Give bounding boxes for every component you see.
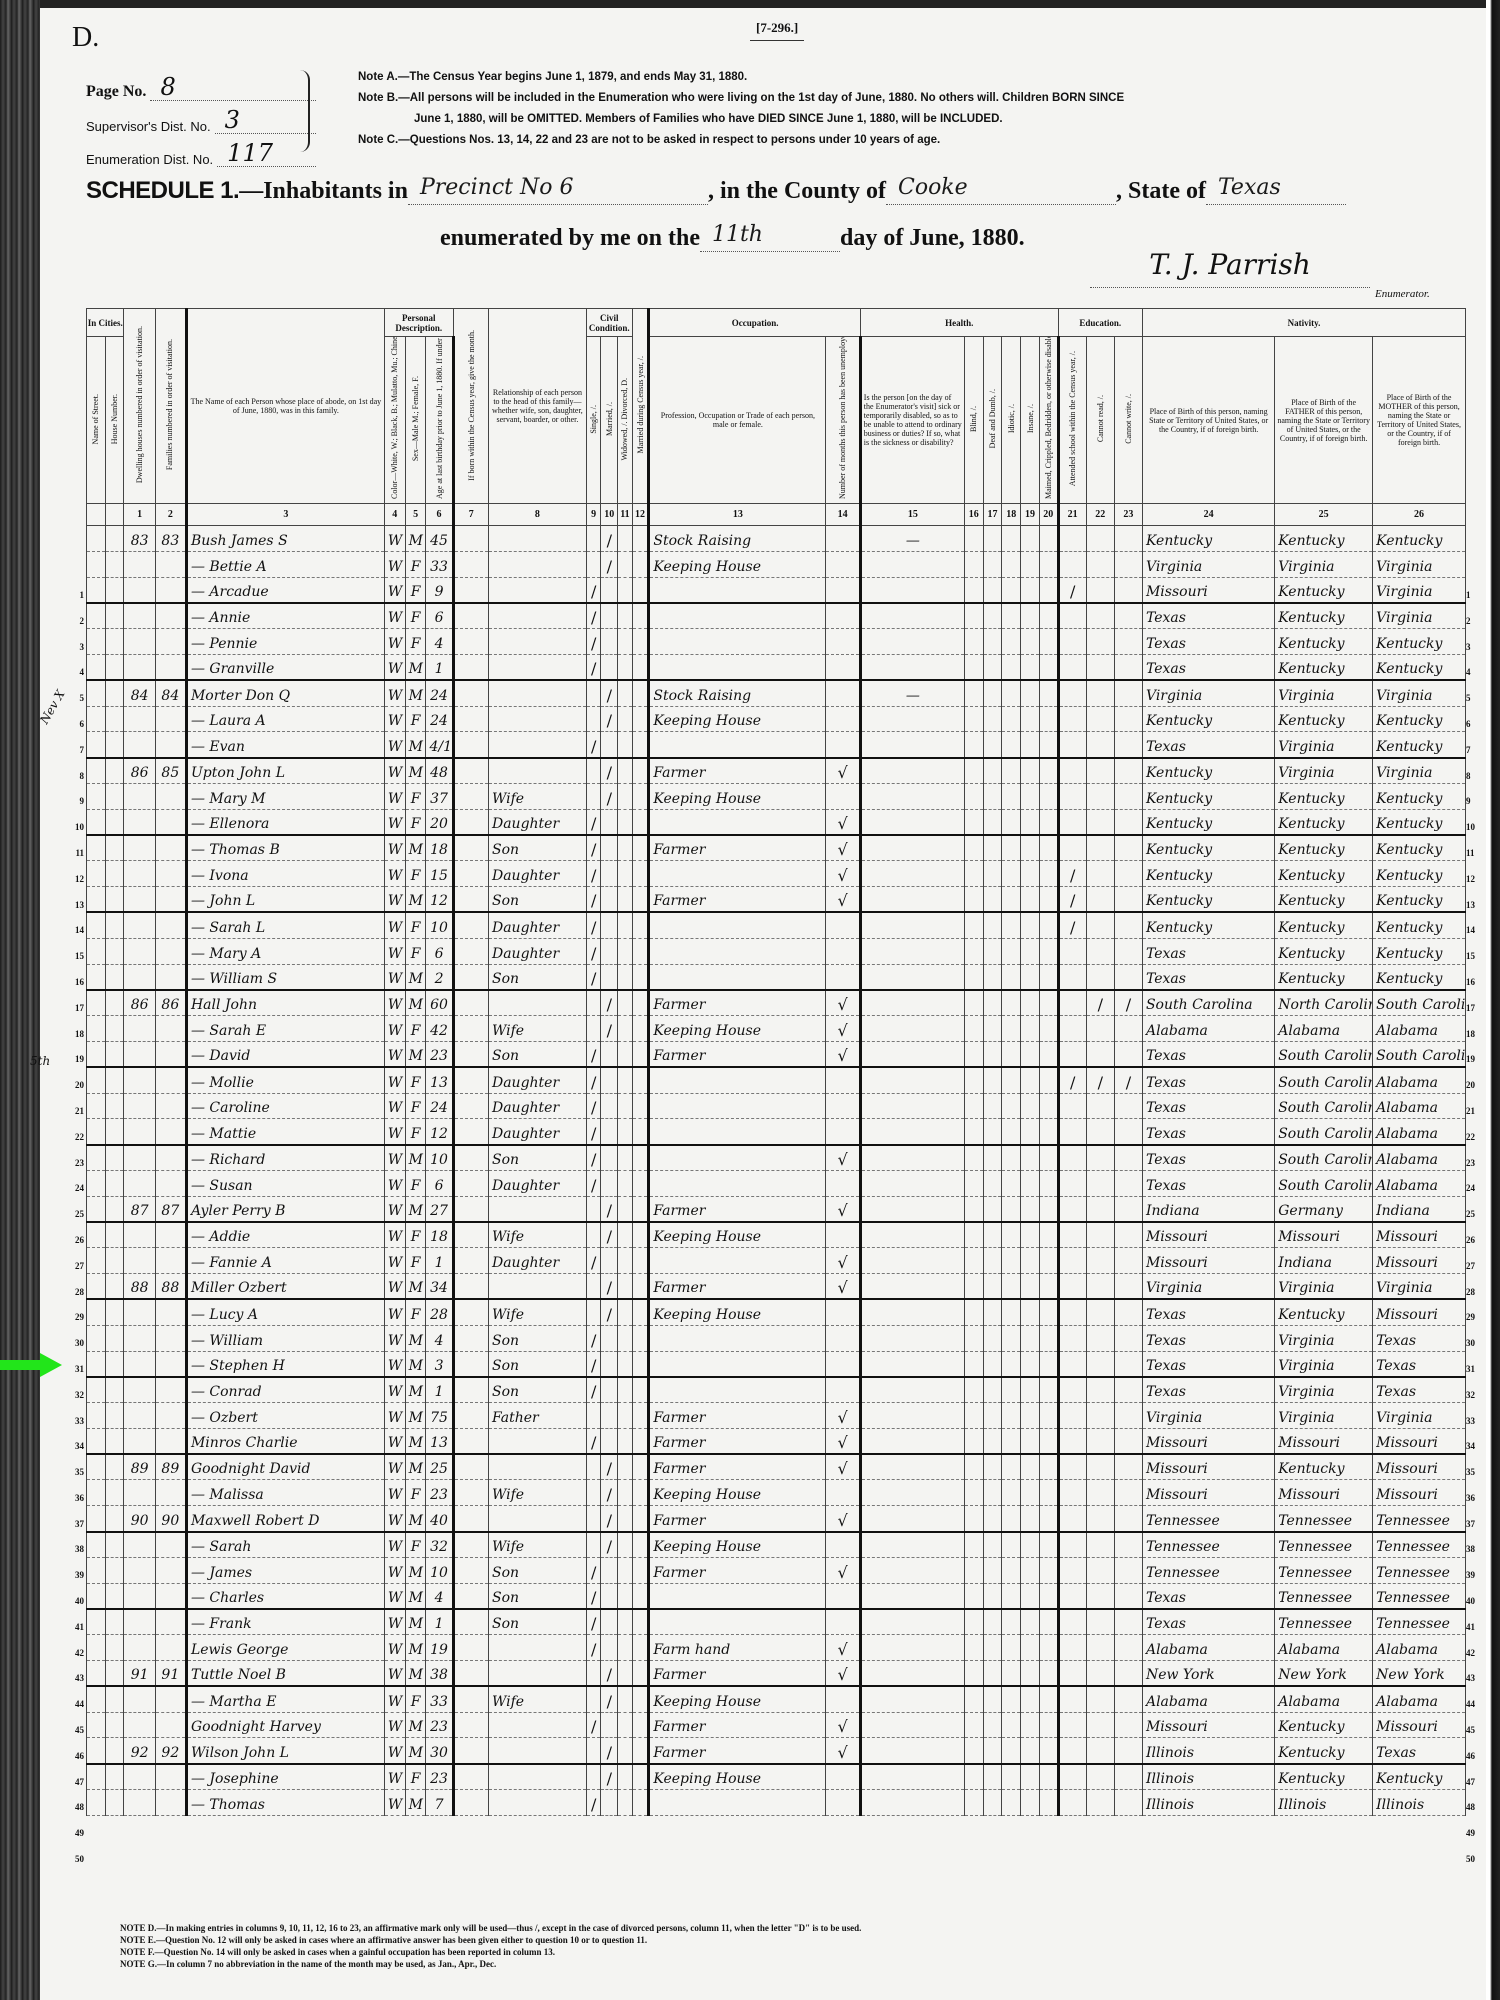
line-number: 4 xyxy=(58,660,84,686)
table-row: 8383Bush James SWM45/Stock Raising—Kentu… xyxy=(87,526,1466,552)
cell-age: 10 xyxy=(426,912,453,938)
cell-color: W xyxy=(384,1196,405,1222)
cell-dwelling xyxy=(124,809,155,835)
cell-relation: Son xyxy=(488,1377,586,1403)
cell-empty xyxy=(1002,1377,1021,1403)
cell-empty xyxy=(1002,964,1021,990)
cell-birthplace: Texas xyxy=(1142,1583,1274,1609)
cell-empty xyxy=(105,861,124,887)
cell-sickness xyxy=(860,1041,964,1067)
cell-occupation xyxy=(649,938,826,964)
cell-father-birthplace: New York xyxy=(1275,1661,1373,1687)
cell-empty xyxy=(964,1016,983,1042)
cell-family xyxy=(155,1041,186,1067)
cell-family xyxy=(155,964,186,990)
cell-birthplace: Illinois xyxy=(1142,1790,1274,1816)
scan-edge-right xyxy=(1486,0,1500,2000)
cell-empty xyxy=(453,1635,488,1661)
cell-sickness xyxy=(860,964,964,990)
cell-mother-birthplace: Tennessee xyxy=(1373,1557,1466,1583)
note-c: Note C.—Questions Nos. 13, 14, 22 and 23… xyxy=(358,130,1408,151)
cell-empty xyxy=(1002,1093,1021,1119)
cell-cannot-write xyxy=(1114,1506,1142,1532)
line-number: 49 xyxy=(58,1821,84,1847)
cell-family xyxy=(155,1557,186,1583)
cell-sex: F xyxy=(405,1067,426,1093)
cell-mother-birthplace: Tennessee xyxy=(1373,1532,1466,1558)
line-numbers-right: 1234567891011121314151617181920212223242… xyxy=(1466,583,1486,1873)
cell-name: — Arcadue xyxy=(186,577,384,603)
cell-age: 18 xyxy=(426,835,453,861)
cell-age: 24 xyxy=(426,680,453,706)
cell-single: / xyxy=(586,1428,601,1454)
cell-unemployed: √ xyxy=(826,1454,860,1480)
cell-father-birthplace: South Carolina xyxy=(1275,1067,1373,1093)
cell-sex: M xyxy=(405,1403,426,1429)
cell-empty xyxy=(964,1686,983,1712)
cell-married xyxy=(601,1428,618,1454)
cell-age: 4 xyxy=(426,1325,453,1351)
cell-color: W xyxy=(384,603,405,629)
cell-empty xyxy=(87,1170,106,1196)
line-number: 10 xyxy=(58,815,84,841)
cell-empty xyxy=(1021,1196,1040,1222)
cell-school xyxy=(1058,809,1086,835)
cell-empty xyxy=(1021,758,1040,784)
cell-empty xyxy=(983,1093,1002,1119)
line-number: 3 xyxy=(58,635,84,661)
cell-empty xyxy=(87,1661,106,1687)
census-table-container: In Cities. Dwelling houses numbered in o… xyxy=(86,308,1466,1816)
cell-name: — Mattie xyxy=(186,1119,384,1145)
cell-empty xyxy=(105,1738,124,1764)
cell-occupation: Farmer xyxy=(649,1041,826,1067)
cell-empty xyxy=(632,1119,649,1145)
cell-single xyxy=(586,1764,601,1790)
cell-empty xyxy=(105,1196,124,1222)
cell-sickness xyxy=(860,1764,964,1790)
cell-cannot-read xyxy=(1086,1428,1114,1454)
line-number: 28 xyxy=(1466,1280,1486,1306)
cell-empty xyxy=(983,964,1002,990)
col-13-header: Profession, Occupation or Trade of each … xyxy=(649,337,826,504)
cell-empty xyxy=(632,887,649,913)
cell-relation: Wife xyxy=(488,1222,586,1248)
cell-empty xyxy=(618,603,633,629)
cell-color: W xyxy=(384,551,405,577)
cell-mother-birthplace: Tennessee xyxy=(1373,1609,1466,1635)
cell-empty xyxy=(632,1635,649,1661)
cell-color: W xyxy=(384,1609,405,1635)
cell-age: 9 xyxy=(426,577,453,603)
cell-empty xyxy=(1002,526,1021,552)
cell-mother-birthplace: Texas xyxy=(1373,1377,1466,1403)
cell-father-birthplace: Kentucky xyxy=(1275,1764,1373,1790)
cell-cannot-write xyxy=(1114,1325,1142,1351)
table-row: — PennieWF4/TexasKentuckyKentucky xyxy=(87,629,1466,655)
cell-unemployed: √ xyxy=(826,1041,860,1067)
cell-unemployed xyxy=(826,603,860,629)
cell-dwelling: 91 xyxy=(124,1661,155,1687)
cell-empty xyxy=(632,1016,649,1042)
colnum-3: 3 xyxy=(186,504,384,526)
cell-age: 7 xyxy=(426,1790,453,1816)
cell-cannot-read: / xyxy=(1086,1067,1114,1093)
table-row: Goodnight HarveyWM23/Farmer√MissouriKent… xyxy=(87,1712,1466,1738)
cell-unemployed xyxy=(826,577,860,603)
cell-empty xyxy=(105,758,124,784)
cell-occupation xyxy=(649,1170,826,1196)
cell-single: / xyxy=(586,1377,601,1403)
cell-sex: F xyxy=(405,1532,426,1558)
line-number: 32 xyxy=(1466,1383,1486,1409)
cell-family xyxy=(155,1248,186,1274)
cell-empty xyxy=(87,1403,106,1429)
cell-empty xyxy=(1039,1299,1058,1325)
cell-empty xyxy=(1021,1119,1040,1145)
cell-sickness xyxy=(860,1532,964,1558)
cell-relation: Wife xyxy=(488,1686,586,1712)
table-row: — CharlesWM4Son/TexasTennesseeTennessee xyxy=(87,1583,1466,1609)
cell-occupation: Stock Raising xyxy=(649,526,826,552)
cell-occupation: Keeping House xyxy=(649,1686,826,1712)
cell-empty xyxy=(453,1686,488,1712)
cell-empty xyxy=(983,1506,1002,1532)
col-14-header: Number of months this person has been un… xyxy=(826,337,860,504)
cell-relation: Son xyxy=(488,1041,586,1067)
cell-empty xyxy=(1021,603,1040,629)
cell-occupation: Farmer xyxy=(649,1274,826,1300)
cell-empty xyxy=(453,1248,488,1274)
cell-empty xyxy=(983,654,1002,680)
cell-empty xyxy=(964,1764,983,1790)
cell-empty xyxy=(632,1274,649,1300)
cell-sickness xyxy=(860,1299,964,1325)
cell-color: W xyxy=(384,835,405,861)
line-number: 15 xyxy=(1466,944,1486,970)
cell-school xyxy=(1058,1196,1086,1222)
cell-birthplace: Missouri xyxy=(1142,577,1274,603)
cell-empty xyxy=(105,1041,124,1067)
green-arrow-icon xyxy=(0,1353,62,1377)
line-number: 6 xyxy=(1466,712,1486,738)
cell-sickness xyxy=(860,1067,964,1093)
line-number: 2 xyxy=(58,609,84,635)
cell-age: 19 xyxy=(426,1635,453,1661)
line-number: 33 xyxy=(58,1409,84,1435)
cell-married xyxy=(601,1377,618,1403)
cell-empty xyxy=(453,706,488,732)
schedule-title: SCHEDULE 1. xyxy=(86,177,239,205)
cell-sex: F xyxy=(405,938,426,964)
cell-empty xyxy=(1002,1686,1021,1712)
book-binding xyxy=(0,0,40,2000)
cell-sex: F xyxy=(405,629,426,655)
cell-cannot-read xyxy=(1086,783,1114,809)
cell-empty xyxy=(1021,835,1040,861)
cell-cannot-read xyxy=(1086,758,1114,784)
cell-empty xyxy=(87,577,106,603)
cell-family xyxy=(155,1093,186,1119)
cell-empty xyxy=(964,1661,983,1687)
brace-divider xyxy=(300,70,310,152)
cell-dwelling xyxy=(124,577,155,603)
cell-married xyxy=(601,603,618,629)
cell-relation xyxy=(488,1712,586,1738)
cell-sex: F xyxy=(405,551,426,577)
cell-unemployed: √ xyxy=(826,1635,860,1661)
enumerator-caption: Enumerator. xyxy=(1375,288,1430,300)
col-house-header: House Number. xyxy=(105,337,124,504)
cell-cannot-write xyxy=(1114,809,1142,835)
cell-age: 20 xyxy=(426,809,453,835)
cell-dwelling: 87 xyxy=(124,1196,155,1222)
cell-family xyxy=(155,1299,186,1325)
cell-unemployed: √ xyxy=(826,1403,860,1429)
cell-mother-birthplace: Kentucky xyxy=(1373,861,1466,887)
colnum-8: 8 xyxy=(488,504,586,526)
cell-father-birthplace: Tennessee xyxy=(1275,1532,1373,1558)
cell-empty xyxy=(1039,1661,1058,1687)
cell-age: 32 xyxy=(426,1532,453,1558)
cell-sex: F xyxy=(405,1686,426,1712)
table-row: 9292Wilson John LWM30/Farmer√IllinoisKen… xyxy=(87,1738,1466,1764)
cell-name: — Bettie A xyxy=(186,551,384,577)
cell-occupation: Farmer xyxy=(649,1661,826,1687)
cell-empty xyxy=(983,680,1002,706)
cell-unemployed xyxy=(826,1222,860,1248)
cell-color: W xyxy=(384,1428,405,1454)
cell-empty xyxy=(618,1119,633,1145)
cell-family xyxy=(155,1764,186,1790)
cell-empty xyxy=(618,1093,633,1119)
cell-empty xyxy=(87,783,106,809)
cell-birthplace: Texas xyxy=(1142,1299,1274,1325)
cell-sickness xyxy=(860,1635,964,1661)
cell-mother-birthplace: Virginia xyxy=(1373,577,1466,603)
line-number: 18 xyxy=(58,1022,84,1048)
cell-single: / xyxy=(586,1609,601,1635)
cell-name: Upton John L xyxy=(186,758,384,784)
line-number: 5 xyxy=(58,686,84,712)
cell-color: W xyxy=(384,1067,405,1093)
line-number: 3 xyxy=(1466,635,1486,661)
cell-family: 86 xyxy=(155,990,186,1016)
cell-empty xyxy=(618,861,633,887)
col-22-header: Cannot read, /. xyxy=(1086,337,1114,504)
cell-empty xyxy=(1039,1403,1058,1429)
cell-cannot-read xyxy=(1086,1532,1114,1558)
cell-age: 45 xyxy=(426,526,453,552)
cell-family xyxy=(155,887,186,913)
cell-cannot-read xyxy=(1086,912,1114,938)
cell-dwelling xyxy=(124,603,155,629)
cell-empty xyxy=(632,1712,649,1738)
cell-relation xyxy=(488,1738,586,1764)
cell-empty xyxy=(983,783,1002,809)
cell-empty xyxy=(618,912,633,938)
cell-empty xyxy=(453,1170,488,1196)
table-row: — Lucy AWF28Wife/Keeping HouseTexasKentu… xyxy=(87,1299,1466,1325)
table-row: — John LWM12Son/Farmer√/KentuckyKentucky… xyxy=(87,887,1466,913)
cell-empty xyxy=(983,1480,1002,1506)
cell-sickness xyxy=(860,1325,964,1351)
cell-empty xyxy=(632,1170,649,1196)
cell-sickness xyxy=(860,1790,964,1816)
cell-cannot-write xyxy=(1114,706,1142,732)
cell-empty xyxy=(1002,1041,1021,1067)
cell-empty xyxy=(618,1299,633,1325)
cell-occupation: Keeping House xyxy=(649,706,826,732)
cell-empty xyxy=(1039,654,1058,680)
cell-single: / xyxy=(586,1583,601,1609)
cell-empty xyxy=(1021,1712,1040,1738)
day-of-june-label: day of June, 1880. xyxy=(840,225,1025,252)
column-number-row: 1 2 3 4 5 6 7 8 9 10 11 12 13 14 15 16 1… xyxy=(87,504,1466,526)
cell-color: W xyxy=(384,1480,405,1506)
cell-family xyxy=(155,1222,186,1248)
cell-family xyxy=(155,654,186,680)
cell-empty xyxy=(453,1299,488,1325)
cell-family xyxy=(155,1170,186,1196)
cell-color: W xyxy=(384,1248,405,1274)
line-number: 12 xyxy=(58,867,84,893)
cell-married xyxy=(601,1119,618,1145)
cell-birthplace: Texas xyxy=(1142,1377,1274,1403)
cell-cannot-write: / xyxy=(1114,990,1142,1016)
cell-empty xyxy=(964,680,983,706)
cell-empty xyxy=(87,654,106,680)
cell-birthplace: Texas xyxy=(1142,1145,1274,1171)
cell-father-birthplace: Virginia xyxy=(1275,1274,1373,1300)
cell-empty xyxy=(964,1351,983,1377)
cell-empty xyxy=(105,1351,124,1377)
cell-mother-birthplace: New York xyxy=(1373,1661,1466,1687)
cell-empty xyxy=(632,1686,649,1712)
cell-father-birthplace: Missouri xyxy=(1275,1222,1373,1248)
cell-empty xyxy=(87,1635,106,1661)
cell-birthplace: Alabama xyxy=(1142,1686,1274,1712)
cell-empty xyxy=(964,1170,983,1196)
cell-cannot-write xyxy=(1114,1764,1142,1790)
scan-edge-top xyxy=(40,0,1500,8)
cell-empty xyxy=(1021,1248,1040,1274)
cell-empty xyxy=(105,1016,124,1042)
cell-empty xyxy=(964,1480,983,1506)
cell-empty xyxy=(105,577,124,603)
cell-empty xyxy=(983,1403,1002,1429)
cell-relation: Son xyxy=(488,964,586,990)
cell-father-birthplace: South Carolina xyxy=(1275,1145,1373,1171)
cell-empty xyxy=(1039,783,1058,809)
cell-sickness xyxy=(860,1403,964,1429)
colnum-2: 2 xyxy=(155,504,186,526)
cell-empty xyxy=(964,1067,983,1093)
cell-mother-birthplace: Missouri xyxy=(1373,1454,1466,1480)
cell-unemployed xyxy=(826,654,860,680)
cell-family xyxy=(155,1532,186,1558)
cell-family xyxy=(155,1686,186,1712)
cell-empty xyxy=(964,654,983,680)
cell-married: / xyxy=(601,1764,618,1790)
cell-mother-birthplace: Alabama xyxy=(1373,1067,1466,1093)
cell-cannot-write xyxy=(1114,835,1142,861)
line-number: 2 xyxy=(1466,609,1486,635)
table-row: — Laura AWF24/Keeping HouseKentuckyKentu… xyxy=(87,706,1466,732)
cell-empty xyxy=(983,912,1002,938)
cell-empty xyxy=(632,835,649,861)
cell-empty xyxy=(1039,1222,1058,1248)
cell-cannot-read xyxy=(1086,1764,1114,1790)
cell-dwelling xyxy=(124,1248,155,1274)
cell-family xyxy=(155,706,186,732)
cell-empty xyxy=(1021,1790,1040,1816)
cell-empty xyxy=(105,1325,124,1351)
cell-empty xyxy=(105,1635,124,1661)
cell-birthplace: Kentucky xyxy=(1142,861,1274,887)
cell-empty xyxy=(1021,1170,1040,1196)
cell-empty xyxy=(87,1377,106,1403)
cell-sex: F xyxy=(405,577,426,603)
line-number: 44 xyxy=(1466,1692,1486,1718)
line-number: 8 xyxy=(1466,764,1486,790)
cell-empty xyxy=(618,1196,633,1222)
cell-occupation xyxy=(649,1609,826,1635)
colnum-9: 9 xyxy=(586,504,601,526)
cell-single xyxy=(586,990,601,1016)
cell-sex: F xyxy=(405,1764,426,1790)
cell-cannot-write xyxy=(1114,1454,1142,1480)
line-number: 14 xyxy=(1466,918,1486,944)
cell-single: / xyxy=(586,1557,601,1583)
cell-empty xyxy=(105,783,124,809)
cell-empty xyxy=(1039,1145,1058,1171)
cell-dwelling: 89 xyxy=(124,1454,155,1480)
cell-sickness xyxy=(860,758,964,784)
cell-birthplace: Kentucky xyxy=(1142,887,1274,913)
cell-sex: M xyxy=(405,1635,426,1661)
cell-empty xyxy=(964,1274,983,1300)
page-letter: D. xyxy=(72,22,99,54)
cell-empty xyxy=(964,629,983,655)
cell-cannot-read xyxy=(1086,732,1114,758)
col-9-header: Single, /. xyxy=(586,337,601,504)
cell-empty xyxy=(618,1686,633,1712)
cell-empty xyxy=(87,1248,106,1274)
cell-age: 18 xyxy=(426,1222,453,1248)
col-1-header: Dwelling houses numbered in order of vis… xyxy=(124,309,155,504)
cell-dwelling xyxy=(124,1222,155,1248)
cell-empty xyxy=(105,732,124,758)
cell-family xyxy=(155,1377,186,1403)
cell-unemployed xyxy=(826,1480,860,1506)
cell-color: W xyxy=(384,1093,405,1119)
cell-father-birthplace: Indiana xyxy=(1275,1248,1373,1274)
cell-empty xyxy=(1021,1145,1040,1171)
cell-family xyxy=(155,861,186,887)
cell-age: 4 xyxy=(426,1583,453,1609)
cell-cannot-write xyxy=(1114,732,1142,758)
cell-father-birthplace: Missouri xyxy=(1275,1480,1373,1506)
cell-empty xyxy=(105,1764,124,1790)
cell-empty xyxy=(1039,1196,1058,1222)
cell-unemployed: √ xyxy=(826,887,860,913)
cell-birthplace: Kentucky xyxy=(1142,835,1274,861)
cell-sickness xyxy=(860,912,964,938)
cell-empty xyxy=(1039,577,1058,603)
cell-father-birthplace: Kentucky xyxy=(1275,1454,1373,1480)
enumeration-dist-row: Enumeration Dist. No. 117 xyxy=(86,134,316,167)
